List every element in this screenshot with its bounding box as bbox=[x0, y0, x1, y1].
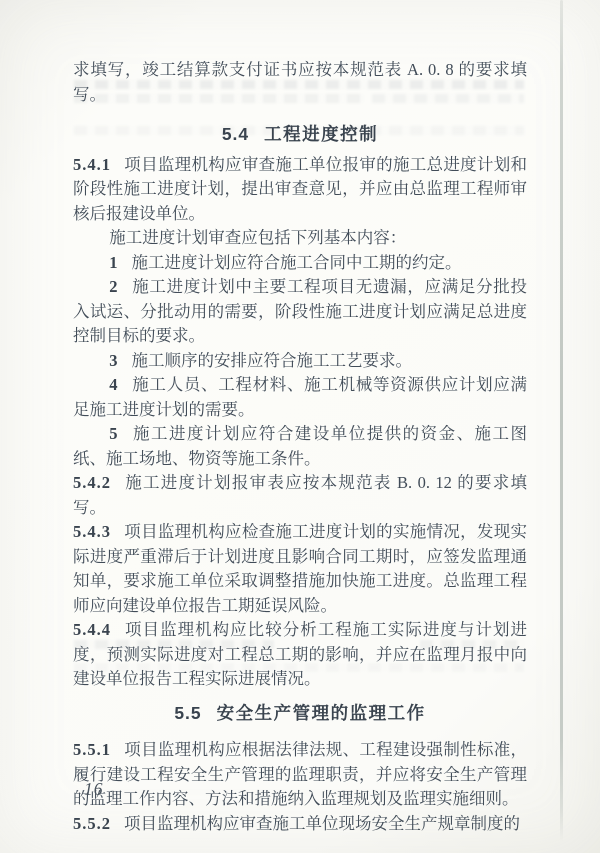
section-heading-title: 安全生产管理的监理工作 bbox=[217, 703, 426, 723]
clause-text: 项目监理机构应比较分析工程施工实际进度与计划进度，预测实际进度对工程总工期的影响… bbox=[73, 620, 527, 688]
clause-text: 项目监理机构应根据法律法规、工程建设强制性标准，履行建设工程安全生产管理的监理职… bbox=[73, 740, 527, 808]
list-item-text: 施工人员、工程材料、施工机械等资源供应计划应满足施工进度计划的需要。 bbox=[73, 375, 527, 419]
section-heading-title: 工程进度控制 bbox=[264, 124, 378, 144]
list-item-number: 2 bbox=[109, 277, 118, 296]
section-heading-number: 5.5 bbox=[174, 703, 201, 723]
body-paragraph: 施工进度计划审查应包括下列基本内容： bbox=[73, 226, 527, 251]
page-edge-line bbox=[560, 0, 563, 842]
list-item: 1施工进度计划应符合施工合同中工期的约定。 bbox=[73, 251, 527, 276]
list-item: 5施工进度计划应符合建设单位提供的资金、施工图纸、施工场地、物资等施工条件。 bbox=[73, 422, 527, 471]
clause-paragraph: 5.5.2项目监理机构应审查施工单位现场安全生产规章制度的 bbox=[73, 812, 527, 837]
list-item-text: 施工进度计划应符合建设单位提供的资金、施工图纸、施工场地、物资等施工条件。 bbox=[73, 424, 527, 468]
list-item-text: 施工进度计划中主要工程项目无遗漏，应满足分批投入试运、分批动用的需要，阶段性施工… bbox=[73, 277, 527, 345]
list-item: 2施工进度计划中主要工程项目无遗漏，应满足分批投入试运、分批动用的需要，阶段性施… bbox=[73, 275, 527, 349]
page-content: 求填写，竣工结算款支付证书应按本规范表 A. 0. 8 的要求填写。5.4工程进… bbox=[73, 58, 527, 836]
clause-text: 项目监理机构应检查施工进度计划的实施情况，发现实际进度严重滞后于计划进度且影响合… bbox=[73, 522, 527, 615]
clause-paragraph: 5.4.3项目监理机构应检查施工进度计划的实施情况，发现实际进度严重滞后于计划进… bbox=[73, 520, 527, 618]
clause-text: 项目监理机构应审查施工单位报审的施工总进度计划和阶段性施工进度计划，提出审查意见… bbox=[73, 155, 527, 223]
list-item-text: 施工顺序的安排应符合施工工艺要求。 bbox=[132, 351, 413, 370]
clause-number: 5.4.3 bbox=[73, 522, 111, 541]
clause-paragraph: 5.4.4项目监理机构应比较分析工程施工实际进度与计划进度，预测实际进度对工程总… bbox=[73, 618, 527, 692]
paragraph-text: 施工进度计划审查应包括下列基本内容： bbox=[109, 228, 406, 247]
section-heading-number: 5.4 bbox=[222, 124, 249, 144]
list-item-number: 5 bbox=[109, 424, 118, 443]
clause-paragraph: 5.5.1项目监理机构应根据法律法规、工程建设强制性标准，履行建设工程安全生产管… bbox=[73, 738, 527, 812]
list-item-number: 3 bbox=[109, 351, 118, 370]
list-item-text: 施工进度计划应符合施工合同中工期的约定。 bbox=[132, 253, 462, 272]
paragraph-text: 求填写，竣工结算款支付证书应按本规范表 A. 0. 8 的要求填写。 bbox=[73, 60, 527, 104]
list-item: 3施工顺序的安排应符合施工工艺要求。 bbox=[73, 349, 527, 374]
clause-number: 5.4.2 bbox=[73, 473, 111, 492]
clause-number: 5.4.1 bbox=[73, 155, 111, 174]
list-item: 4施工人员、工程材料、施工机械等资源供应计划应满足施工进度计划的需要。 bbox=[73, 373, 527, 422]
clause-paragraph: 5.4.2施工进度计划报审表应按本规范表 B. 0. 12 的要求填写。 bbox=[73, 471, 527, 520]
page-number: 16 bbox=[84, 779, 104, 800]
clause-paragraph: 5.4.1项目监理机构应审查施工单位报审的施工总进度计划和阶段性施工进度计划，提… bbox=[73, 153, 527, 227]
section-heading: 5.5安全生产管理的监理工作 bbox=[73, 701, 527, 726]
clause-text: 施工进度计划报审表应按本规范表 B. 0. 12 的要求填写。 bbox=[73, 473, 527, 517]
clause-number: 5.5.2 bbox=[73, 814, 111, 833]
list-item-number: 1 bbox=[109, 253, 118, 272]
list-item-number: 4 bbox=[109, 375, 118, 394]
clause-text: 项目监理机构应审查施工单位现场安全生产规章制度的 bbox=[124, 814, 520, 833]
body-paragraph: 求填写，竣工结算款支付证书应按本规范表 A. 0. 8 的要求填写。 bbox=[73, 58, 527, 107]
clause-number: 5.5.1 bbox=[73, 740, 111, 759]
document-page: 求填写，竣工结算款支付证书应按本规范表 A. 0. 8 的要求填写。5.4工程进… bbox=[0, 0, 600, 853]
clause-number: 5.4.4 bbox=[73, 620, 111, 639]
section-heading: 5.4工程进度控制 bbox=[73, 122, 527, 147]
